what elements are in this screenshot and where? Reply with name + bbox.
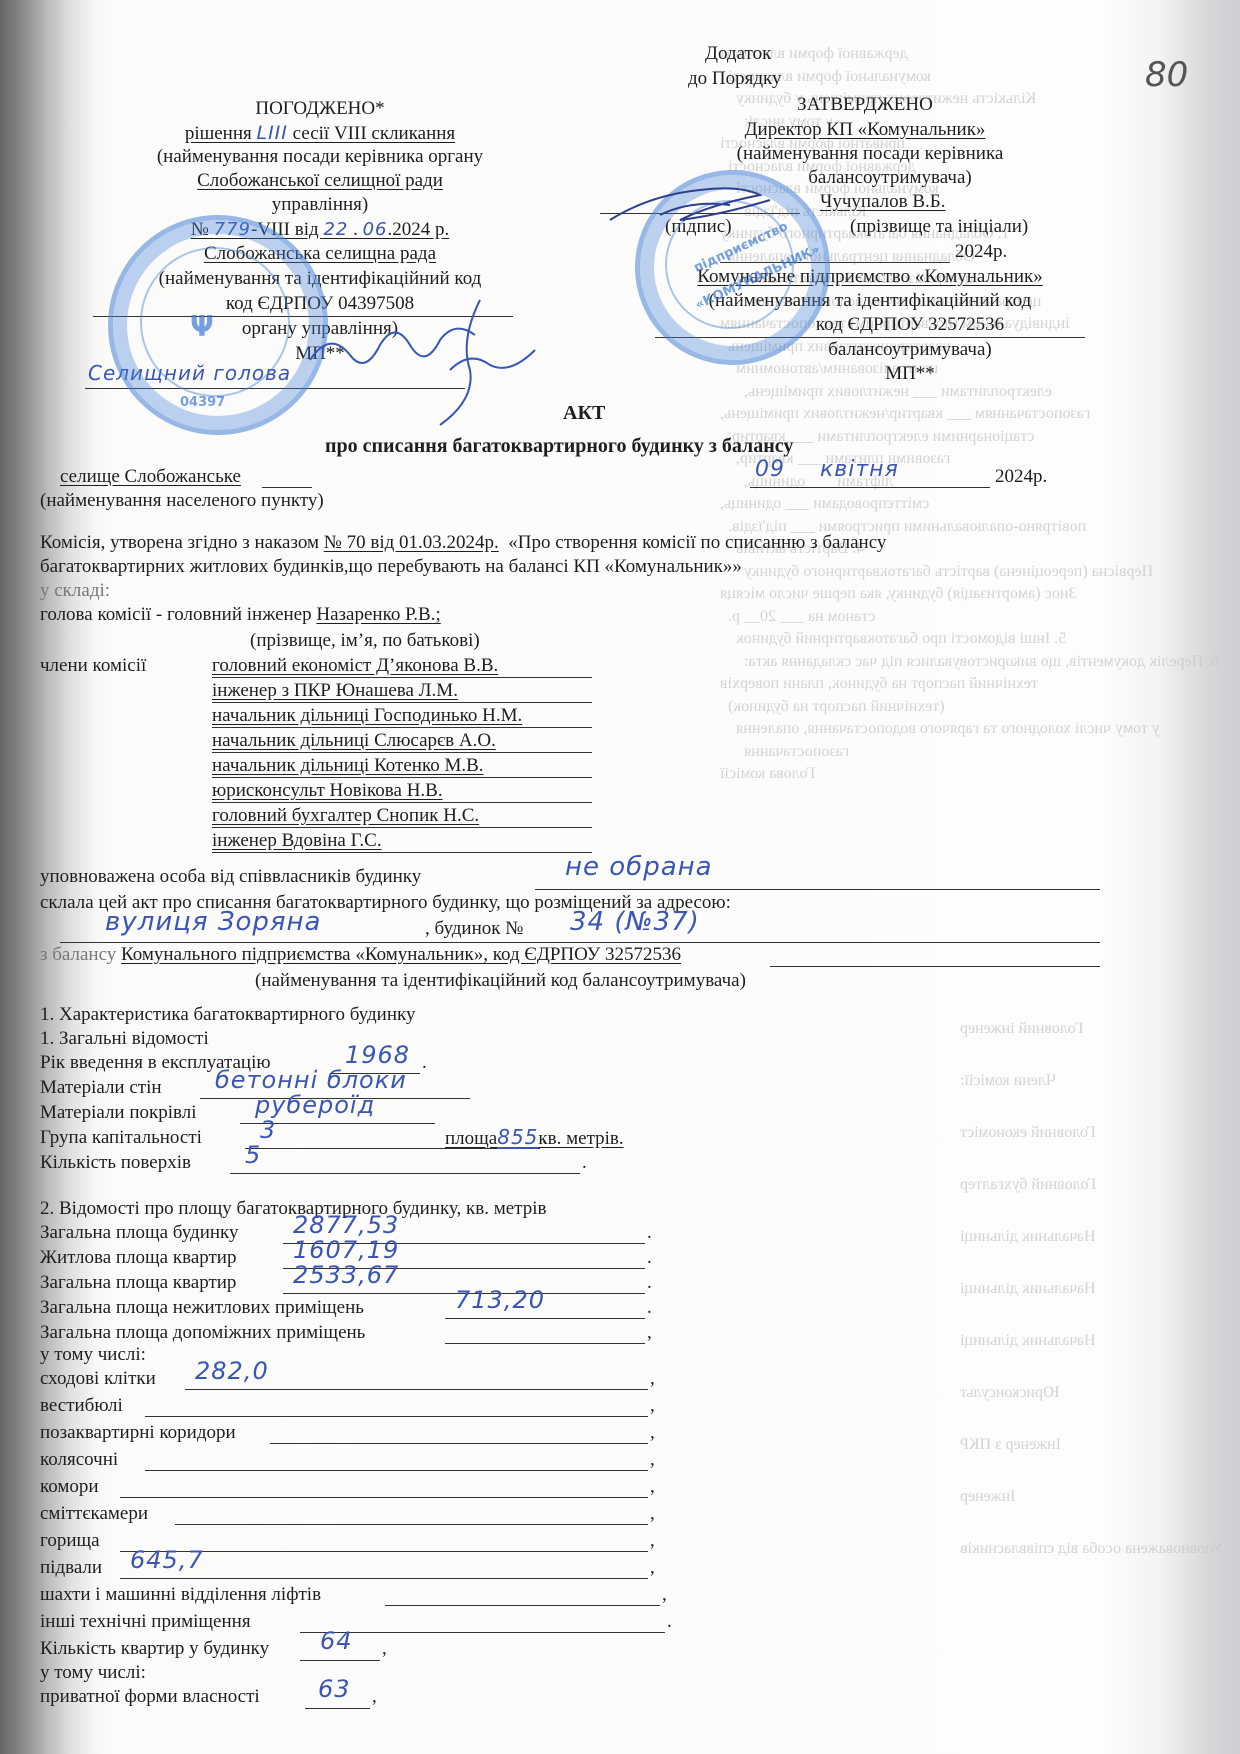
- coowner-label: уповноважена особа від співвласників буд…: [40, 866, 421, 888]
- appendix-to: до Порядку: [688, 68, 782, 90]
- area-label: Загальна площа нежитлових приміщень: [40, 1297, 364, 1319]
- apartments-label: Кількість квартир у будинку: [40, 1638, 269, 1659]
- bleed-through-text: газопостачанням ___ квартир/нежитлових п…: [720, 405, 1090, 423]
- act-subtitle: про списання багатоквартирного будинку з…: [325, 435, 793, 457]
- order-title-2: багатоквартирних житлових будинків,що пе…: [40, 556, 742, 578]
- commission-intro: Комісія, утворена згідно з наказом № 70 …: [40, 532, 886, 554]
- area-label: Загальна площа квартир: [40, 1272, 236, 1294]
- bleed-through-text: 6. Перелік документів, що використовувал…: [744, 653, 1219, 671]
- chair-caption: (прізвище, ім’я, по батькові): [250, 630, 480, 652]
- commission-member: начальник дільниці Слюсарєв А.О.: [212, 730, 496, 752]
- building-label: , будинок №: [425, 918, 523, 940]
- balance-holder: Комунального підприємства «Комунальник»,…: [121, 944, 681, 965]
- field-value: 3: [260, 1119, 276, 1141]
- commission-member: начальник дільниці Господинько Н.М.: [212, 705, 522, 727]
- order-title-1: «Про створення комісії по списанню з бал…: [508, 532, 886, 553]
- roof-area-label: площа: [445, 1128, 497, 1149]
- act-date-year: 2024р.: [995, 466, 1047, 488]
- apartments-line: [300, 1660, 380, 1661]
- auxiliary-underline: [145, 1470, 648, 1471]
- commission-chair: голова комісії - головний інженер Назаре…: [40, 604, 441, 626]
- field-value: бетонні блоки: [215, 1069, 407, 1091]
- bleed-through-text: Інженер: [960, 1488, 1016, 1506]
- decision-session: LIII: [256, 122, 287, 144]
- area-end: .: [647, 1247, 652, 1269]
- auxiliary-end: ,: [650, 1449, 655, 1471]
- bleed-through-text: Начальник дільниці: [960, 1332, 1095, 1350]
- field-label: Група капітальності: [40, 1127, 202, 1149]
- auxiliary-label: горища: [40, 1530, 100, 1552]
- appendix-label: Додаток: [705, 43, 771, 65]
- member-underline: [212, 852, 592, 853]
- date-month: 06: [363, 219, 388, 240]
- auxiliary-label: шахти і машинні відділення ліфтів: [40, 1584, 321, 1606]
- bleed-through-text: станом на ___ 20__ р.: [728, 608, 875, 626]
- area-underline: [445, 1318, 645, 1319]
- field-value: рубероїд: [255, 1094, 375, 1116]
- apartments-including: у тому числі:: [40, 1662, 146, 1684]
- settlement-name: селище Слобожанське: [60, 466, 241, 488]
- auxiliary-underline: [300, 1632, 665, 1633]
- commission-member: головний економіст Д’яконова В.В.: [212, 655, 498, 677]
- decision-line: рішення LIII сесії VIII скликання: [100, 122, 540, 145]
- act-date-month: квітня: [820, 459, 899, 481]
- act-title: АКТ: [563, 402, 605, 424]
- area-label: Загальна площа допоміжних приміщень: [40, 1322, 365, 1344]
- auxiliary-underline: [185, 1389, 648, 1390]
- left-caption-2: управління): [100, 194, 540, 216]
- field-label: Матеріали покрівлі: [40, 1102, 197, 1124]
- bleed-through-text: Уповноважена особа від співвласників: [960, 1540, 1224, 1558]
- area-value: 1607,19: [293, 1239, 399, 1261]
- director-position: Директор КП «Комунальник»: [680, 119, 1050, 141]
- order-reference: № 70 від 01.03.2024р.: [324, 532, 499, 553]
- name-caption: (прізвище та ініціали): [850, 216, 1028, 238]
- private-ownership-label: приватної форми власності: [40, 1686, 260, 1708]
- auxiliary-end: ,: [650, 1557, 655, 1579]
- including-label: у тому числі:: [40, 1344, 146, 1366]
- member-underline: [212, 777, 592, 778]
- auxiliary-end: ,: [650, 1503, 655, 1525]
- right-stamp-label: МП**: [760, 363, 1060, 385]
- field-end: .: [582, 1152, 587, 1174]
- auxiliary-end: ,: [650, 1395, 655, 1417]
- left-caption-1: (найменування посади керівника органу: [80, 146, 560, 168]
- coowner-value: не обрана: [565, 856, 713, 878]
- auxiliary-underline: [385, 1605, 660, 1606]
- auxiliary-value: 645,7: [130, 1549, 204, 1571]
- bleed-through-text: електроплитами ___ нежитлових приміщень,: [744, 383, 1052, 401]
- auxiliary-label: інші технічні приміщення: [40, 1611, 251, 1633]
- bleed-through-text: Головний бухгалтер: [960, 1176, 1096, 1194]
- bleed-through-text: Інженер з ПКР: [960, 1436, 1061, 1454]
- private-ownership-comma: ,: [372, 1686, 377, 1708]
- member-underline: [212, 827, 592, 828]
- approval-date-year: 2024р.: [955, 241, 1007, 263]
- area-end: .: [647, 1272, 652, 1294]
- area-end: ,: [647, 1322, 652, 1344]
- member-underline: [212, 677, 592, 678]
- commission-intro-text: Комісія, утворена згідно з наказом: [40, 532, 324, 553]
- field-label: Матеріали стін: [40, 1077, 162, 1099]
- private-ownership-line: [305, 1708, 370, 1709]
- right-caption-4: балансоутримувача): [760, 339, 1060, 361]
- auxiliary-end: .: [667, 1611, 672, 1633]
- decision-prefix: рішення: [185, 123, 257, 144]
- address-line: [60, 942, 1100, 943]
- commission-member: інженер Вдовіна Г.С.: [212, 830, 382, 852]
- council-stamp-inner-ring: [140, 247, 290, 397]
- apartments-comma: ,: [382, 1638, 387, 1660]
- bleed-through-text: (технічний паспорт на будинок): [728, 698, 945, 716]
- auxiliary-end: ,: [650, 1368, 655, 1390]
- member-underline: [212, 752, 592, 753]
- bleed-through-text: Начальник дільниці: [960, 1228, 1095, 1246]
- auxiliary-end: ,: [650, 1476, 655, 1498]
- bleed-through-text: газопостачання: [744, 743, 849, 761]
- auxiliary-label: сміттєкамери: [40, 1503, 148, 1525]
- auxiliary-underline: [175, 1524, 648, 1525]
- area-label: Загальна площа будинку: [40, 1222, 239, 1244]
- area-label: Житлова площа квартир: [40, 1247, 236, 1269]
- commission-member: головний бухгалтер Снопик Н.С.: [212, 805, 479, 827]
- page-number: 80: [1145, 55, 1188, 95]
- bleed-through-text: Знос (амортизація) будинку, яка перше чи…: [720, 585, 1077, 603]
- field-underline: [230, 1173, 580, 1174]
- field-label: Кількість поверхів: [40, 1152, 191, 1174]
- bleed-through-text: Юрисконсульт: [960, 1384, 1059, 1402]
- auxiliary-end: ,: [650, 1422, 655, 1444]
- bleed-through-text: 5. Інші відомості про багатоквартирний б…: [736, 630, 1066, 648]
- member-underline: [212, 727, 592, 728]
- act-date-day: 09: [755, 459, 785, 481]
- building-value: 34 (№37): [570, 911, 700, 933]
- area-value: 713,20: [455, 1289, 545, 1311]
- auxiliary-label: позаквартирні коридори: [40, 1422, 236, 1444]
- bleed-through-text: технічний паспорт на будинок, плани пове…: [720, 675, 1038, 693]
- director-name: Чучупалов В.Б.: [820, 191, 945, 213]
- apartments-value: 64: [320, 1630, 353, 1652]
- bleed-through-text: Головний економіст: [960, 1124, 1096, 1142]
- settlement-caption: (найменування населеного пункту): [40, 490, 324, 512]
- balance-line-underline: [770, 966, 1100, 967]
- auxiliary-end: ,: [650, 1530, 655, 1552]
- area-value: 2877,53: [293, 1214, 399, 1236]
- bleed-through-text: Первісна (переоцінена) вартість багатокв…: [744, 563, 1153, 581]
- chair-name: Назаренко Р.В.;: [316, 604, 440, 625]
- field-value: 5: [245, 1144, 261, 1166]
- council-genitive: Слобожанської селищної ради: [100, 170, 540, 192]
- bleed-through-text: Головний інженер: [960, 1020, 1083, 1038]
- decision-suffix: сесії VIII скликання: [288, 123, 455, 144]
- general-info-title: 1. Загальні відомості: [40, 1028, 209, 1050]
- balance-line: з балансу Комунального підприємства «Ком…: [40, 944, 681, 966]
- auxiliary-label: сходові клітки: [40, 1368, 156, 1390]
- bleed-through-text: Голова комісії: [720, 765, 815, 783]
- auxiliary-label: вестибюлі: [40, 1395, 123, 1417]
- bleed-through-text: Члени комісії:: [960, 1072, 1056, 1090]
- approved-title: ПОГОДЖЕНО*: [120, 98, 520, 120]
- chair-label: голова комісії - головний інженер: [40, 604, 316, 625]
- balance-label: з балансу: [40, 944, 121, 965]
- auxiliary-end: ,: [662, 1584, 667, 1606]
- auxiliary-underline: [145, 1416, 648, 1417]
- member-underline: [212, 802, 592, 803]
- director-signature: [600, 175, 820, 245]
- balance-caption: (найменування та ідентифікаційний код ба…: [255, 970, 746, 992]
- field-end: .: [422, 1052, 427, 1074]
- auxiliary-label: підвали: [40, 1557, 102, 1579]
- coowner-line: [535, 889, 1100, 890]
- auxiliary-underline: [270, 1443, 648, 1444]
- bleed-through-text: у тому числі холодного та гарячого водоп…: [736, 720, 1160, 738]
- right-caption-1: (найменування посади керівника: [690, 143, 1050, 165]
- council-head-signature: [280, 280, 580, 430]
- auxiliary-value: 282,0: [195, 1360, 269, 1382]
- settlement-underline: [262, 487, 312, 488]
- apartments-count: Кількість квартир у будинку: [40, 1638, 269, 1660]
- bleed-through-text: Начальник дільниці: [960, 1280, 1095, 1298]
- commission-member: юрисконсульт Новікова Н.В.: [212, 780, 443, 802]
- area-end: .: [647, 1297, 652, 1319]
- private-ownership-value: 63: [318, 1678, 351, 1700]
- confirmed-title: ЗАТВЕРДЖЕНО: [700, 94, 1030, 116]
- characteristics-title: 1. Характеристика багатоквартирного буди…: [40, 1004, 415, 1026]
- members-label: члени комісії: [40, 655, 146, 677]
- commission-member: інженер з ПКР Юнашева Л.М.: [212, 680, 458, 702]
- area-end: .: [647, 1222, 652, 1244]
- council-stamp-code: 04397: [180, 395, 225, 410]
- composition-label: у складі:: [40, 580, 110, 602]
- member-underline: [212, 702, 592, 703]
- auxiliary-label: колясочні: [40, 1449, 118, 1471]
- roof-area: площа855кв. метрів.: [445, 1126, 624, 1150]
- auxiliary-label: комори: [40, 1476, 99, 1498]
- trident-icon: Ψ: [190, 310, 214, 343]
- area-underline: [445, 1343, 645, 1344]
- auxiliary-underline: [120, 1497, 648, 1498]
- act-date-line: [750, 487, 990, 488]
- auxiliary-underline: [120, 1578, 648, 1579]
- bleed-through-text: сміттєпроводами ___ одиниць,: [720, 495, 929, 513]
- commission-member: начальник дільниці Котенко М.В.: [212, 755, 484, 777]
- area-value: 2533,67: [293, 1264, 399, 1286]
- street-value: вулиця Зоряна: [105, 911, 321, 933]
- date-year: .2024 р.: [388, 219, 450, 240]
- date-day: 22: [323, 219, 348, 240]
- roof-area-unit: кв. метрів.: [538, 1128, 623, 1149]
- field-value: 1968: [345, 1044, 410, 1066]
- roof-area-value: 855: [497, 1125, 538, 1149]
